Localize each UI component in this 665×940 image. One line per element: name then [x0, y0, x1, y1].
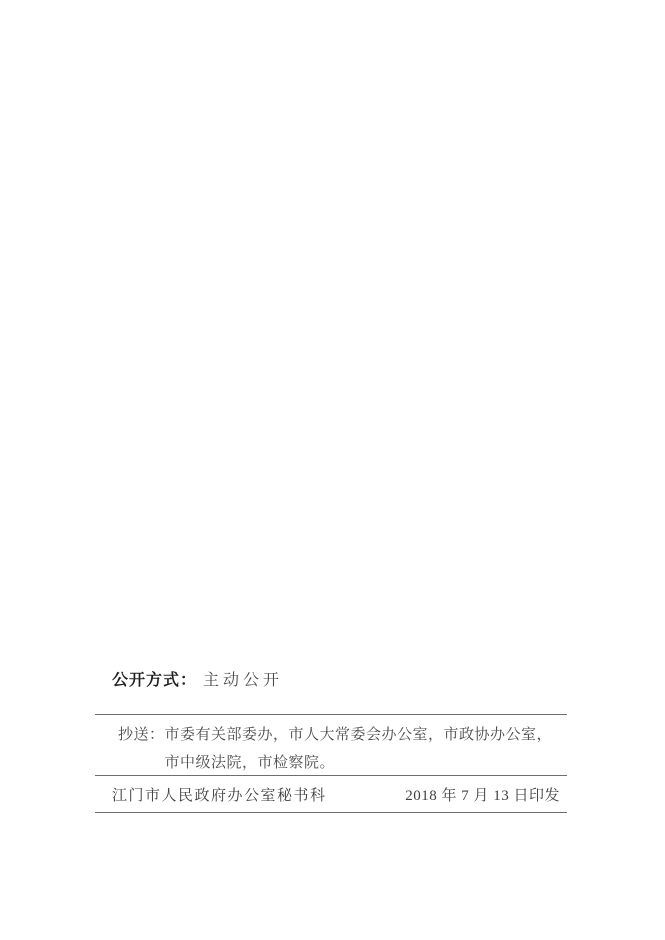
disclosure-method-label: 公开方式：	[112, 672, 197, 689]
disclosure-method-value: 主动公开	[203, 672, 283, 689]
cc-recipient-lines: 市委有关部委办，市人大常委会办公室，市政协办公室， 市中级法院，市检察院。	[165, 721, 553, 777]
divider-middle	[95, 775, 567, 776]
cc-line-1: 市委有关部委办，市人大常委会办公室，市政协办公室，	[165, 721, 553, 749]
cc-block: 抄送： 市委有关部委办，市人大常委会办公室，市政协办公室， 市中级法院，市检察院…	[118, 721, 552, 777]
imprint-date: 2018 年 7 月 13 日印发	[405, 785, 560, 807]
disclosure-row: 公开方式：主动公开	[112, 670, 283, 692]
cc-line-2: 市中级法院，市检察院。	[165, 749, 553, 777]
divider-top	[95, 714, 567, 715]
cc-label: 抄送：	[118, 721, 165, 749]
document-page: 公开方式：主动公开 抄送： 市委有关部委办，市人大常委会办公室，市政协办公室， …	[0, 0, 665, 940]
imprint-issuer: 江门市人民政府办公室秘书科	[112, 785, 327, 807]
imprint-row: 江门市人民政府办公室秘书科 2018 年 7 月 13 日印发	[112, 785, 560, 807]
divider-bottom	[95, 812, 567, 813]
